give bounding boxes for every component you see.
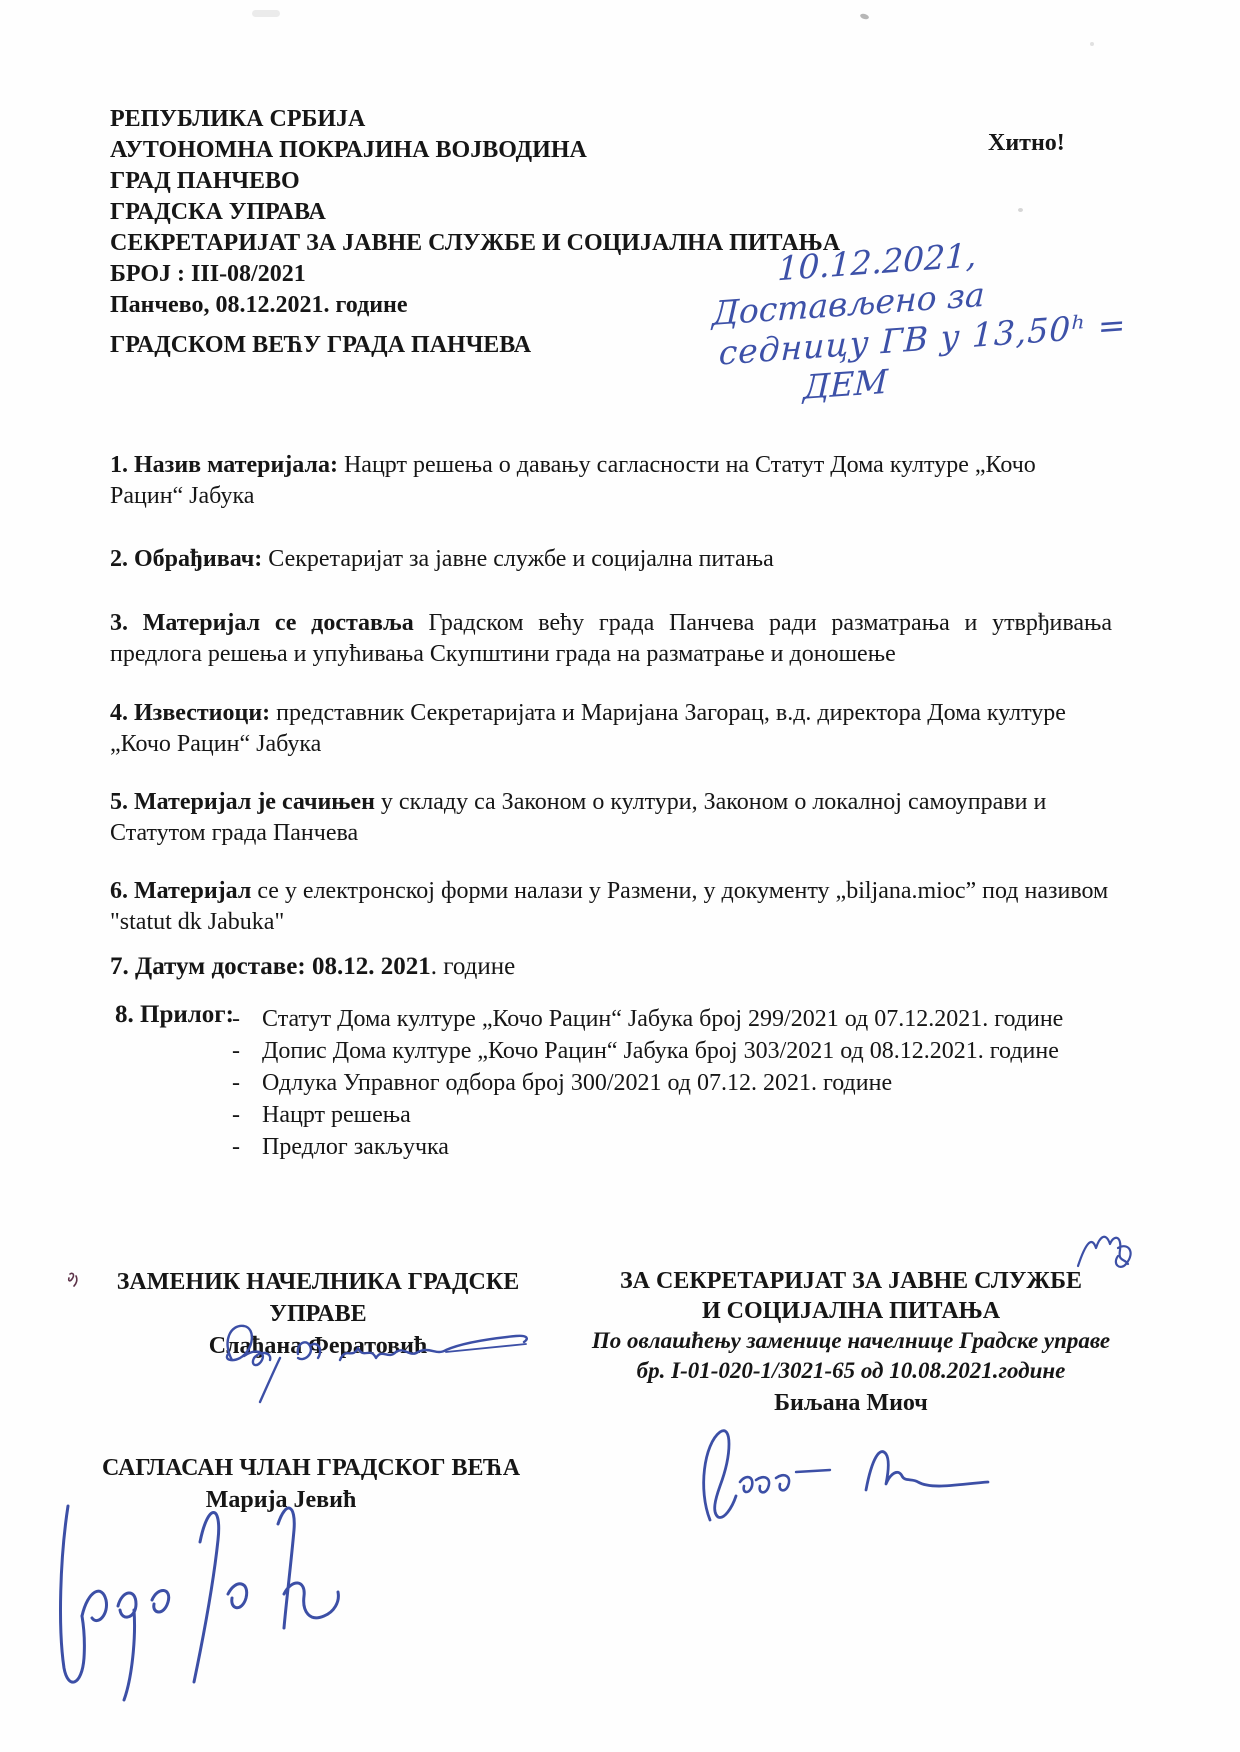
item-4-reporters: 4. Известиоци: представник Секретаријата… — [110, 698, 1112, 760]
authorization-line2: бр. I-01-020-1/3021-65 од 10.08.2021.год… — [586, 1356, 1116, 1386]
item-3-delivery: 3. Материјал се доставља Градском већу г… — [110, 608, 1112, 670]
item-6-text: се у електронској форми налази у Размени… — [110, 878, 1108, 935]
item-7-text: . године — [431, 953, 516, 980]
letterhead-line-province: АУТОНОМНА ПОКРАЈИНА ВОЈВОДИНА — [110, 135, 840, 166]
item-6-lead: 6. Материјал — [110, 878, 251, 904]
attachment-row: -Предлог закључка — [232, 1131, 1063, 1163]
item-6-electronic-form: 6. Материјал се у електронској форми нал… — [110, 876, 1112, 938]
item-1-material-title: 1. Назив материјала: Нацрт решења о дава… — [110, 450, 1112, 512]
item-2-processor: 2. Обрађивач: Секретаријат за јавне служ… — [110, 544, 1112, 575]
item-8-attachments-label: 8. Прилог: — [115, 1001, 234, 1029]
signature-biljana-mioc — [688, 1420, 998, 1530]
letterhead-line-administration: ГРАДСКА УПРАВА — [110, 197, 840, 228]
authorization-line1: По овлашћењу заменице начелнице Градске … — [586, 1326, 1116, 1356]
attachment-row: -Допис Дома културе „Кочо Рацин“ Јабука … — [232, 1035, 1063, 1067]
item-2-text: Секретаријат за јавне службе и социјална… — [262, 546, 773, 572]
attachment-text: Предлог закључка — [262, 1131, 449, 1163]
handwritten-note: 10.12.2021, Достављено за седницу ГВ у 1… — [703, 221, 1177, 415]
item-3-lead: 3. Материјал се доставља — [110, 610, 414, 636]
attachment-text: Одлука Управног одбора број 300/2021 од … — [262, 1067, 892, 1099]
attachment-dash: - — [232, 1035, 262, 1067]
attachment-dash: - — [232, 1003, 262, 1035]
item-5-legal-basis: 5. Материјал је сачињен у складу са Зако… — [110, 787, 1112, 849]
letterhead-line-city: ГРАД ПАНЧЕВО — [110, 166, 840, 197]
scanned-document-page: РЕПУБЛИКА СРБИЈА АУТОНОМНА ПОКРАЈИНА ВОЈ… — [0, 0, 1240, 1752]
item-4-lead: 4. Известиоци: — [110, 700, 270, 726]
item-1-lead: 1. Назив материјала: — [110, 452, 338, 478]
secretariat-title-line2: И СОЦИЈАЛНА ПИТАЊА — [586, 1296, 1116, 1326]
scan-artifact — [859, 13, 869, 21]
scan-artifact — [1018, 208, 1023, 212]
addressee-heading: ГРАДСКОМ ВЕЋУ ГРАДА ПАНЧЕВА — [110, 332, 531, 359]
signature-block-secretariat: ЗА СЕКРЕТАРИЈАТ ЗА ЈАВНЕ СЛУЖБЕ И СОЦИЈА… — [586, 1266, 1116, 1418]
scan-artifact — [1090, 42, 1094, 46]
attachment-dash: - — [232, 1099, 262, 1131]
secretariat-signer-name: Биљана Миоч — [586, 1388, 1116, 1418]
attachments-list: -Статут Дома културе „Кочо Рацин“ Јабука… — [232, 1003, 1063, 1163]
item-7-delivery-date: 7. Датум доставе: 08.12. 2021. године — [110, 951, 1112, 982]
attachment-row: -Нацрт решења — [232, 1099, 1063, 1131]
attachment-text: Статут Дома културе „Кочо Рацин“ Јабука … — [262, 1003, 1063, 1035]
item-2-lead: 2. Обрађивач: — [110, 546, 262, 572]
signature-sladjana-feratovic — [210, 1308, 555, 1408]
secretariat-title-line1: ЗА СЕКРЕТАРИЈАТ ЗА ЈАВНЕ СЛУЖБЕ — [586, 1266, 1116, 1296]
paraph-mark — [1072, 1218, 1152, 1288]
item-5-lead: 5. Материјал је сачињен — [110, 789, 375, 815]
urgent-label: Хитно! — [988, 130, 1065, 157]
signature-marija-jevic — [52, 1478, 352, 1708]
attachment-row: -Одлука Управног одбора број 300/2021 од… — [232, 1067, 1063, 1099]
attachment-dash: - — [232, 1131, 262, 1163]
item-7-lead: 7. Датум доставе: 08.12. 2021 — [110, 953, 431, 980]
letterhead-line-republic: РЕПУБЛИКА СРБИЈА — [110, 104, 840, 135]
attachment-text: Нацрт решења — [262, 1099, 411, 1131]
ink-mark-artifact — [64, 1270, 84, 1290]
attachment-dash: - — [232, 1067, 262, 1099]
scan-artifact — [252, 10, 280, 17]
attachment-row: -Статут Дома културе „Кочо Рацин“ Јабука… — [232, 1003, 1063, 1035]
attachment-text: Допис Дома културе „Кочо Рацин“ Јабука б… — [262, 1035, 1059, 1067]
